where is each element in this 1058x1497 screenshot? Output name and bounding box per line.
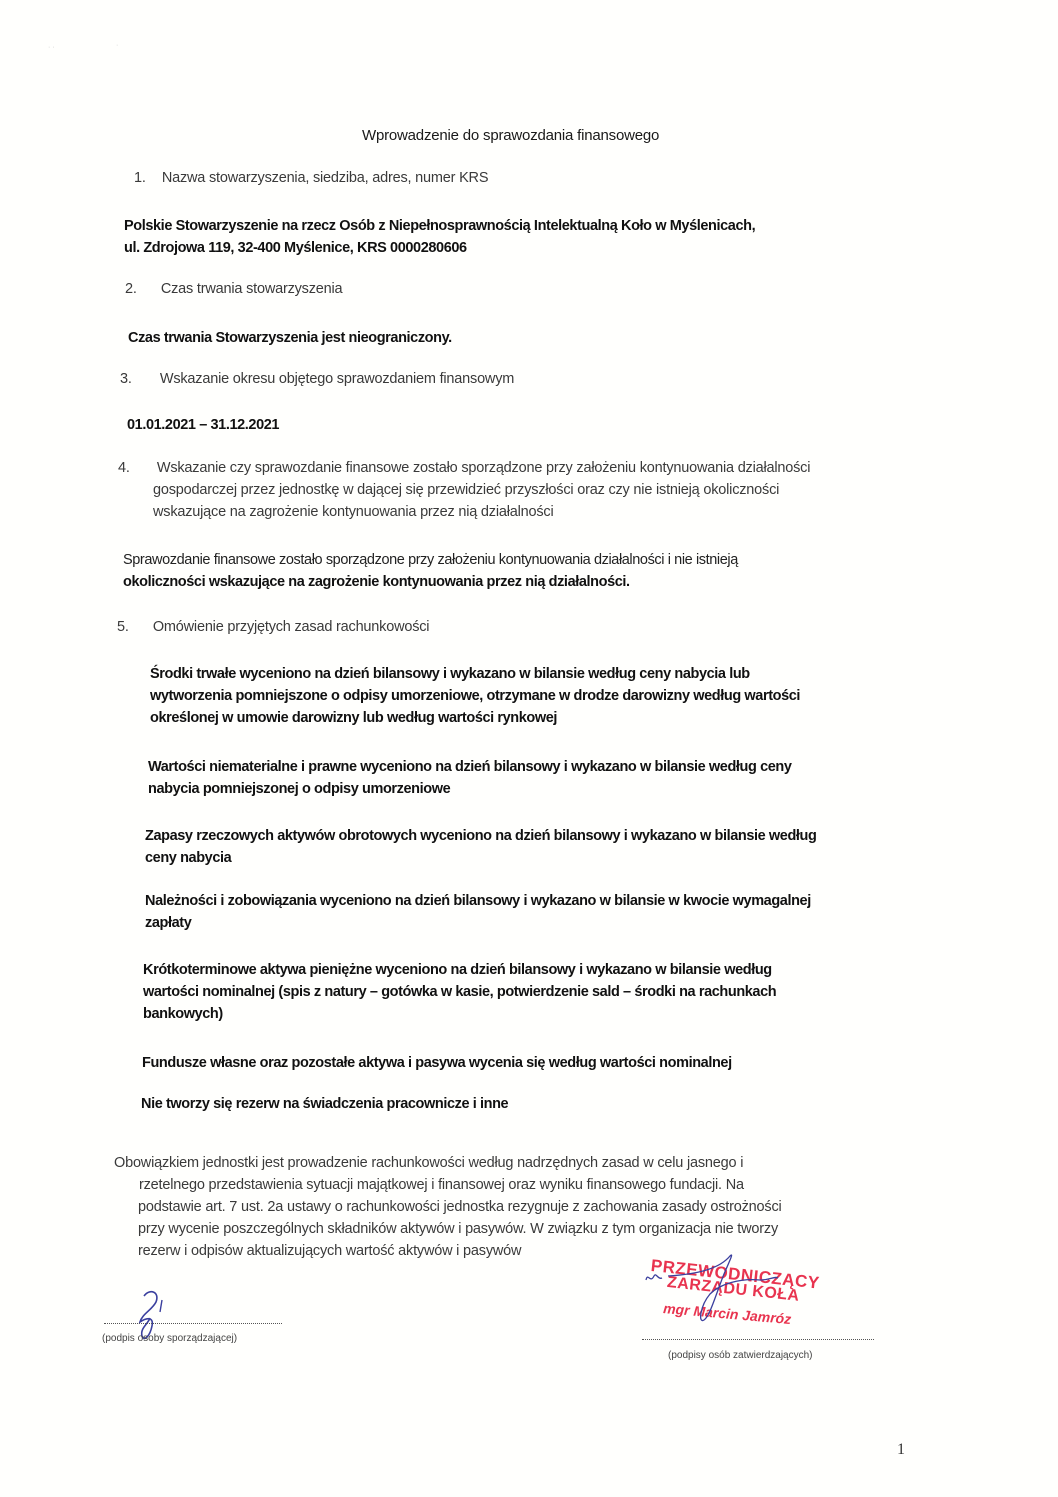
principle-provisions: Nie tworzy się rezerw na świadczenia pra… — [141, 1096, 508, 1112]
principle-inventory-line2: ceny nabycia — [145, 850, 231, 866]
principle-intangibles-line2: nabycia pomniejszonej o odpisy umorzenio… — [148, 781, 450, 797]
principle-equity: Fundusze własne oraz pozostałe aktywa i … — [142, 1055, 732, 1071]
principle-fixed-assets: Środki trwałe wyceniono na dzień bilanso… — [150, 666, 750, 682]
document-page: · · · Wprowadzenie do sprawozdania finan… — [0, 0, 1058, 1497]
organization-address: ul. Zdrojowa 119, 32-400 Myślenice, KRS … — [124, 240, 467, 256]
going-concern-statement-line2: okoliczności wskazujące na zagrożenie ko… — [123, 574, 630, 590]
closing-paragraph-line4: przy wycenie poszczególnych składników a… — [138, 1221, 778, 1237]
closing-paragraph-line3: podstawie art. 7 ust. 2a ustawy o rachun… — [138, 1199, 782, 1215]
section-1-heading: 1. Nazwa stowarzyszenia, siedziba, adres… — [134, 170, 488, 186]
principle-receivables-line2: zapłaty — [145, 915, 191, 931]
principle-intangibles: Wartości niematerialne i prawne wycenion… — [148, 759, 792, 775]
principle-receivables: Należności i zobowiązania wyceniono na d… — [145, 893, 811, 909]
principle-fixed-assets-line2: wytworzenia pomniejszone o odpisy umorze… — [150, 688, 800, 704]
closing-paragraph-line1: Obowiązkiem jednostki jest prowadzenie r… — [114, 1155, 743, 1171]
section-2-heading: 2. Czas trwania stowarzyszenia — [125, 281, 342, 297]
principle-fixed-assets-line3: określonej w umowie darowizny lub według… — [150, 710, 557, 726]
section-5-heading: 5. Omówienie przyjętych zasad rachunkowo… — [117, 619, 429, 635]
going-concern-statement: Sprawozdanie finansowe zostało sporządzo… — [123, 552, 738, 568]
approver-signature-caption: (podpisy osób zatwierdzających) — [668, 1350, 813, 1361]
organization-name: Polskie Stowarzyszenie na rzecz Osób z N… — [124, 218, 755, 234]
section-3-heading: 3. Wskazanie okresu objętego sprawozdani… — [120, 371, 514, 387]
scan-artifact: · · — [48, 44, 55, 51]
closing-paragraph-line2: rzetelnego przedstawienia sytuacji mająt… — [139, 1177, 744, 1193]
preparer-signature-line — [104, 1323, 282, 1324]
approver-signature-icon — [640, 1250, 790, 1330]
principle-cash: Krótkoterminowe aktywa pieniężne wycenio… — [143, 962, 772, 978]
preparer-signature-caption: (podpis osoby sporządzającej) — [102, 1333, 237, 1344]
scan-artifact: · — [116, 42, 118, 49]
principle-inventory: Zapasy rzeczowych aktywów obrotowych wyc… — [145, 828, 816, 844]
section-4-heading-line3: wskazujące na zagrożenie kontynuowania p… — [153, 504, 553, 520]
duration-statement: Czas trwania Stowarzyszenia jest nieogra… — [128, 330, 452, 346]
principle-cash-line3: bankowych) — [143, 1006, 223, 1022]
page-number: 1 — [897, 1441, 905, 1459]
approver-signature-line — [642, 1339, 874, 1340]
closing-paragraph-line5: rezerw i odpisów aktualizujących wartość… — [138, 1243, 521, 1259]
page-title: Wprowadzenie do sprawozdania finansowego — [362, 127, 659, 144]
section-4-heading-line2: gospodarczej przez jednostkę w dającej s… — [153, 482, 779, 498]
principle-cash-line2: wartości nominalnej (spis z natury – got… — [143, 984, 776, 1000]
section-4-heading: 4. Wskazanie czy sprawozdanie finansowe … — [118, 460, 810, 476]
reporting-period: 01.01.2021 – 31.12.2021 — [127, 417, 279, 433]
